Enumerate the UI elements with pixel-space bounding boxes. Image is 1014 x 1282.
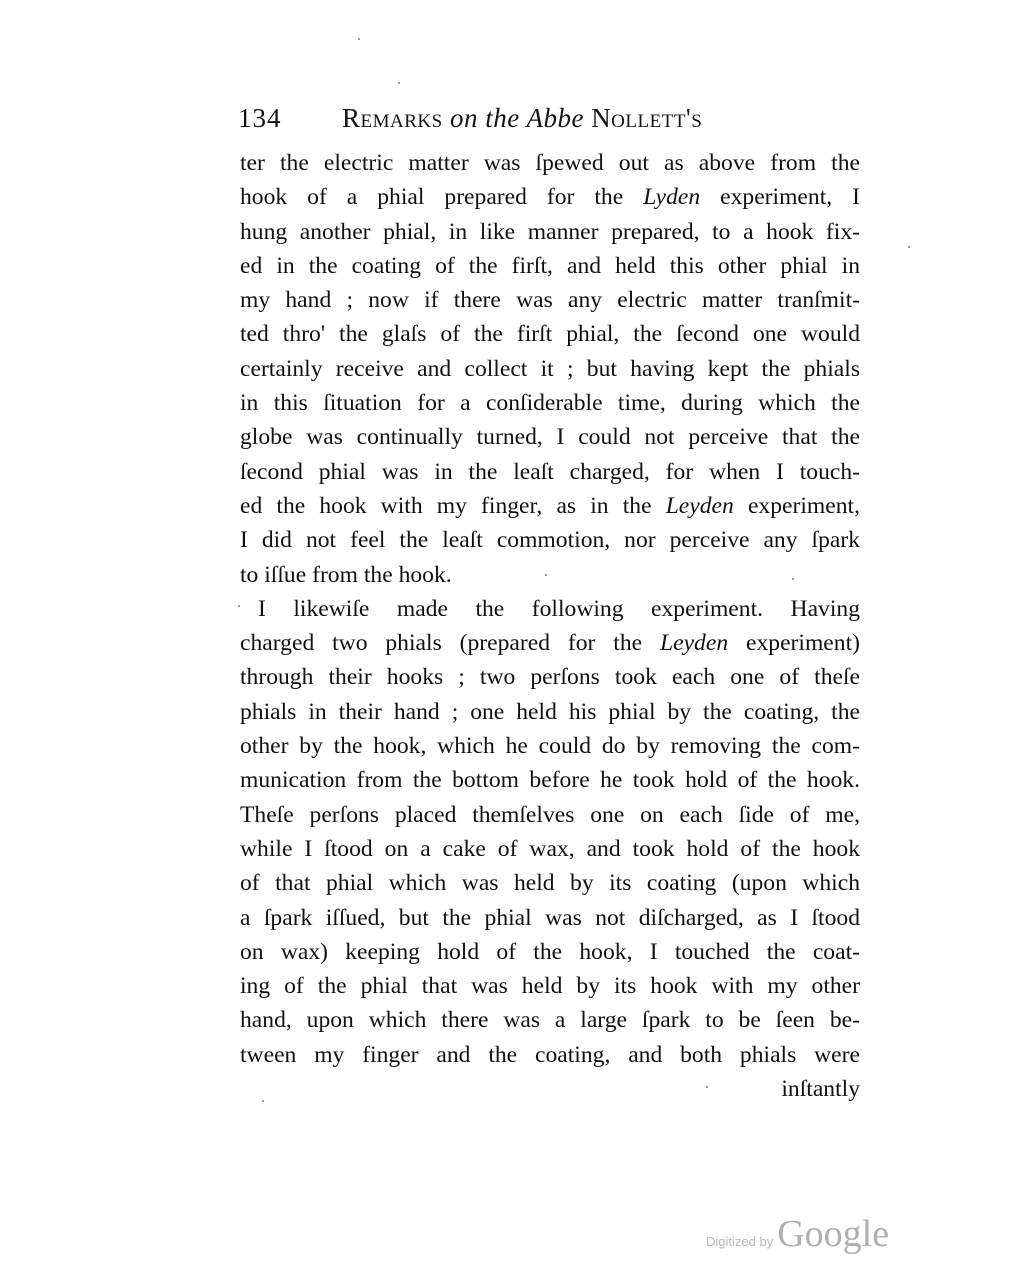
text-line: phials in their hand ; one held his phia… bbox=[240, 695, 860, 729]
text-span: experiment, I bbox=[700, 184, 860, 210]
italic-word: Leyden bbox=[660, 630, 728, 656]
text-span: ed the hook with my finger, as in the bbox=[240, 493, 666, 519]
text-line: hand, upon which there was a large ſpark… bbox=[240, 1003, 860, 1037]
scan-speck bbox=[908, 246, 910, 248]
text-line: globe was continually turned, I could no… bbox=[240, 420, 860, 454]
watermark-prefix: Digitized by bbox=[706, 1234, 773, 1249]
text-line: a ſpark iſſued, but the phial was not di… bbox=[240, 901, 860, 935]
text-line: charged two phials (prepared for the Ley… bbox=[240, 626, 860, 660]
text-line: hung another phial, in like manner prepa… bbox=[240, 215, 860, 249]
text-line: hook of a phial prepared for the Lyden e… bbox=[240, 180, 860, 214]
text-line: ter the electric matter was ſpewed out a… bbox=[240, 146, 860, 180]
scan-speck bbox=[706, 1086, 708, 1088]
text-line: ing of the phial that was held by its ho… bbox=[240, 969, 860, 1003]
text-line: tween my finger and the coating, and bot… bbox=[240, 1038, 860, 1072]
scan-speck bbox=[238, 605, 240, 607]
book-page: 134 Remarks on the Abbe Nollett's ter th… bbox=[0, 0, 1014, 1282]
text-line: on wax) keeping hold of the hook, I touc… bbox=[240, 935, 860, 969]
running-head-italic: on the Abbe bbox=[450, 103, 584, 133]
paragraph-start-line: I likewiſe made the following experiment… bbox=[240, 592, 860, 626]
running-head: Remarks on the Abbe Nollett's bbox=[342, 103, 702, 134]
scan-speck bbox=[358, 38, 360, 40]
running-head-nollett: Nollett's bbox=[591, 103, 702, 133]
text-line: ted thro' the glaſs of the firſt phial, … bbox=[240, 317, 860, 351]
page-number: 134 bbox=[238, 103, 282, 134]
text-line: ed the hook with my finger, as in the Le… bbox=[240, 489, 860, 523]
text-span: experiment) bbox=[728, 630, 860, 656]
text-span: charged two phials (prepared for the bbox=[240, 630, 660, 656]
italic-word: Leyden bbox=[666, 493, 734, 519]
catchword: inſtantly bbox=[240, 1072, 860, 1106]
text-line: I did not feel the leaſt commotion, nor … bbox=[240, 523, 860, 557]
text-line: ed in the coating of the firſt, and held… bbox=[240, 249, 860, 283]
text-line: Theſe perſons placed themſelves one on e… bbox=[240, 798, 860, 832]
body-text: ter the electric matter was ſpewed out a… bbox=[240, 146, 860, 1106]
text-line: ſecond phial was in the leaſt charged, f… bbox=[240, 455, 860, 489]
scan-speck bbox=[398, 82, 400, 84]
text-line: my hand ; now if there was any electric … bbox=[240, 283, 860, 317]
text-line: in this ſituation for a conſiderable tim… bbox=[240, 386, 860, 420]
scan-speck bbox=[792, 578, 794, 580]
text-line: through their hooks ; two perſons took e… bbox=[240, 660, 860, 694]
text-span: hook of a phial prepared for the bbox=[240, 184, 643, 210]
scan-speck bbox=[262, 1100, 264, 1102]
text-line: munication from the bottom before he too… bbox=[240, 763, 860, 797]
watermark-brand: Google bbox=[777, 1213, 889, 1255]
text-span: experiment, bbox=[734, 493, 860, 519]
text-line: of that phial which was held by its coat… bbox=[240, 866, 860, 900]
running-head-remarks: Remarks bbox=[342, 103, 443, 133]
text-line: other by the hook, which he could do by … bbox=[240, 729, 860, 763]
paragraph-end-line: to iſſue from the hook. bbox=[240, 558, 860, 592]
text-line: certainly receive and collect it ; but h… bbox=[240, 352, 860, 386]
scan-speck bbox=[545, 574, 547, 576]
digitized-watermark: Digitized byGoogle bbox=[706, 1212, 889, 1262]
text-line: while I ſtood on a cake of wax, and took… bbox=[240, 832, 860, 866]
page-header: 134 Remarks on the Abbe Nollett's bbox=[238, 103, 860, 139]
italic-word: Lyden bbox=[643, 184, 700, 210]
